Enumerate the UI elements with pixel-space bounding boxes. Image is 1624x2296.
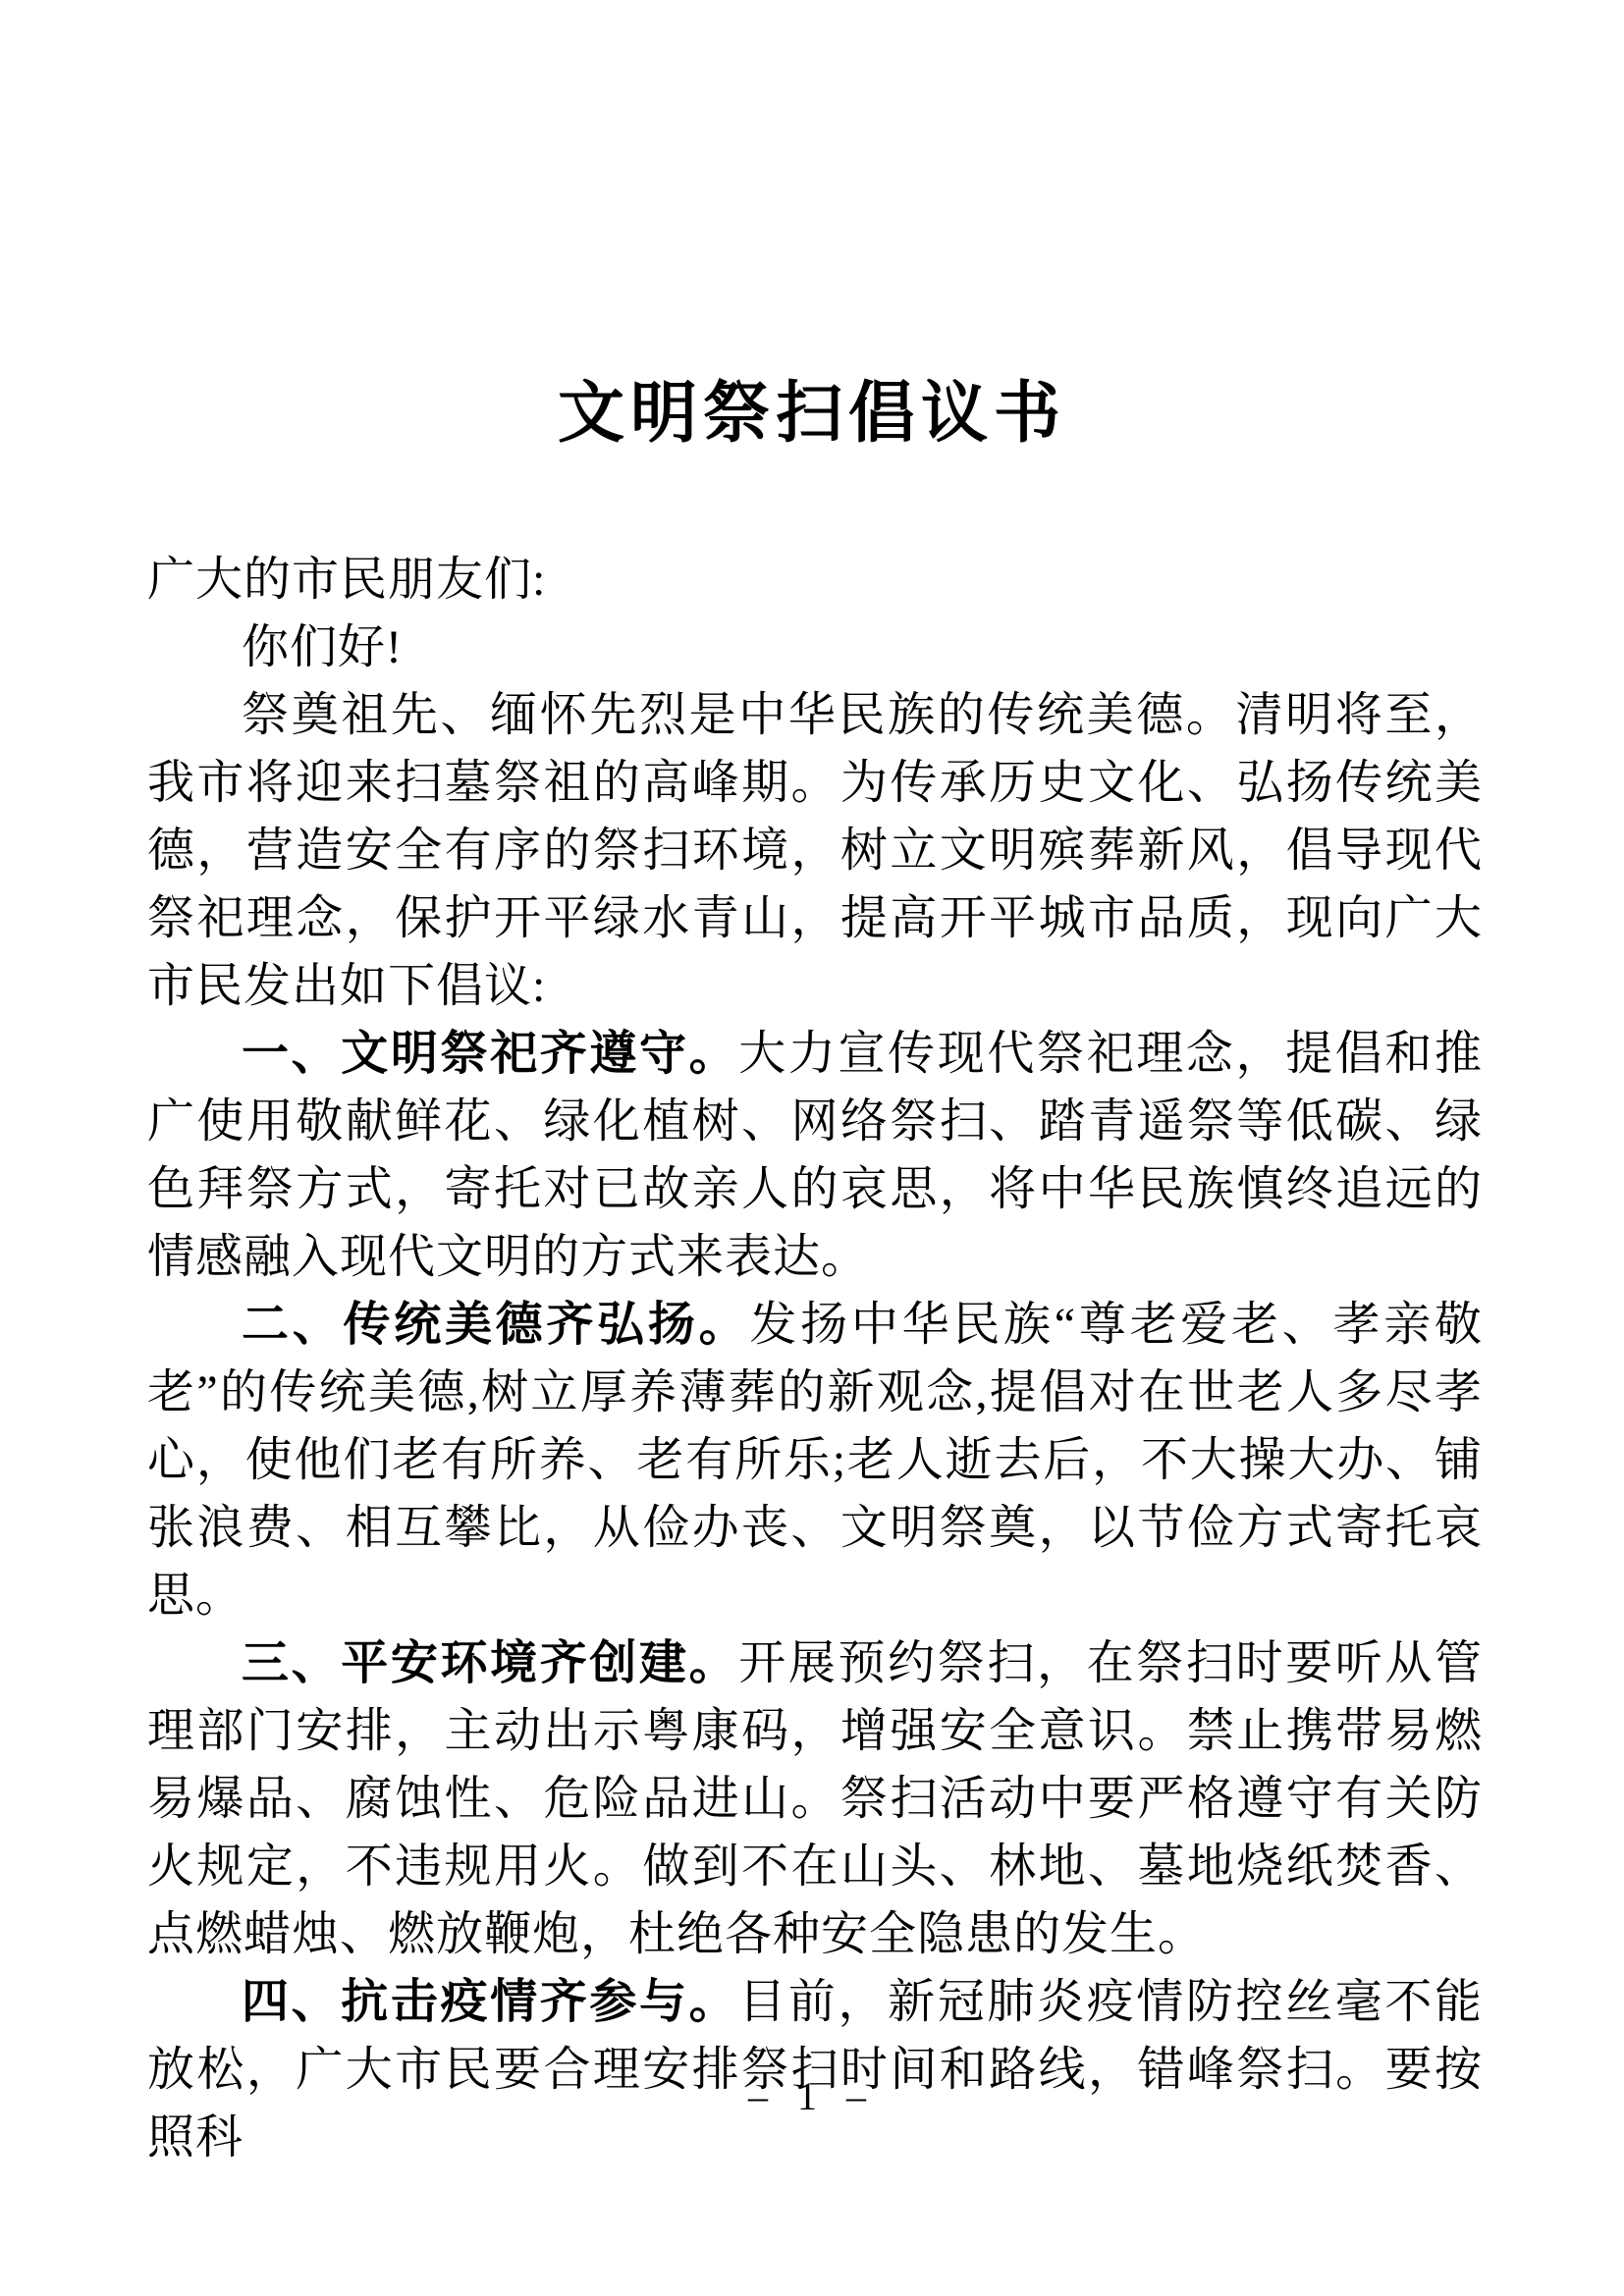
section-paragraph-1: 一、文明祭祀齐遵守。大力宣传现代祭祀理念，提倡和推广使用敬献鲜花、绿化植树、网络… — [147, 1020, 1483, 1291]
salutation-line: 广大的市民朋友们: — [147, 546, 1483, 614]
document-page: 文明祭扫倡议书 广大的市民朋友们: 你们好! 祭奠祖先、缅怀先烈是中华民族的传统… — [0, 0, 1624, 2296]
section-2-heading: 二、传统美德齐弘扬。 — [242, 1299, 749, 1351]
greeting-line: 你们好! — [147, 614, 1483, 681]
section-1-heading: 一、文明祭祀齐遵守。 — [242, 1028, 738, 1080]
section-paragraph-3: 三、平安环境齐创建。开展预约祭扫，在祭扫时要听从管理部门安排，主动出示粤康码，增… — [147, 1629, 1483, 1968]
section-3-heading: 三、平安环境齐创建。 — [242, 1637, 738, 1689]
intro-paragraph: 祭奠祖先、缅怀先烈是中华民族的传统美德。清明将至，我市将迎来扫墓祭祖的高峰期。为… — [147, 681, 1483, 1020]
page-title: 文明祭扫倡议书 — [0, 377, 1624, 451]
section-4-heading: 四、抗击疫情齐参与。 — [242, 1976, 738, 2028]
section-paragraph-4: 四、抗击疫情齐参与。目前，新冠肺炎疫情防控丝毫不能放松，广大市民要合理安排祭扫时… — [147, 1968, 1483, 2171]
section-paragraph-2: 二、传统美德齐弘扬。发扬中华民族“尊老爱老、孝亲敬老”的传统美德,树立厚养薄葬的… — [147, 1291, 1483, 1629]
page-number: – 1 – — [0, 2073, 1624, 2119]
document-body: 广大的市民朋友们: 你们好! 祭奠祖先、缅怀先烈是中华民族的传统美德。清明将至，… — [147, 546, 1483, 2171]
